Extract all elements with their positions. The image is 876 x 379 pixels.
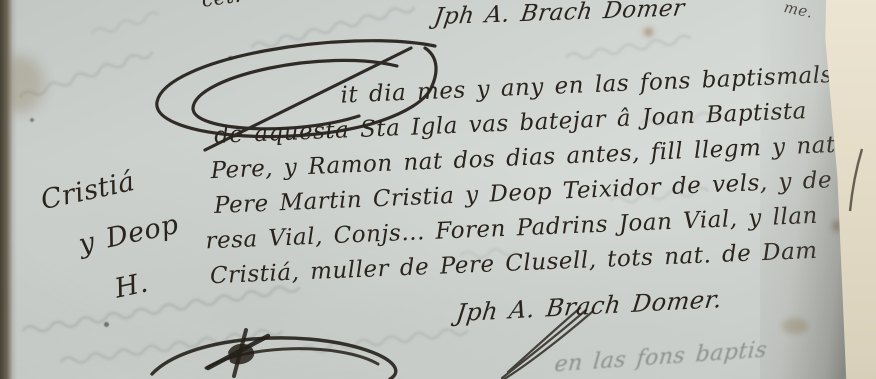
margin-note: Cristiá y Deop H.: [36, 149, 194, 325]
manuscript-photo: cet. me. Jph A. Brach Domer it dia mes y…: [0, 0, 876, 379]
corner-smudge: [0, 55, 44, 113]
next-entry-flourish: [148, 322, 448, 379]
entry-body: it dia mes y any en las fons baptismals …: [212, 56, 876, 294]
ink-speck-3: [30, 118, 34, 122]
curl-edge-text-fragment: me.: [782, 0, 814, 22]
tan-smudge: [782, 318, 808, 334]
top-edge-text-fragment: cet.: [200, 0, 242, 12]
rust-stain: [644, 28, 653, 36]
binding-edge: [0, 0, 17, 379]
ink-speck-1: [104, 322, 109, 327]
priest-signature-top: Jph A. Brach Domer: [432, 0, 686, 30]
